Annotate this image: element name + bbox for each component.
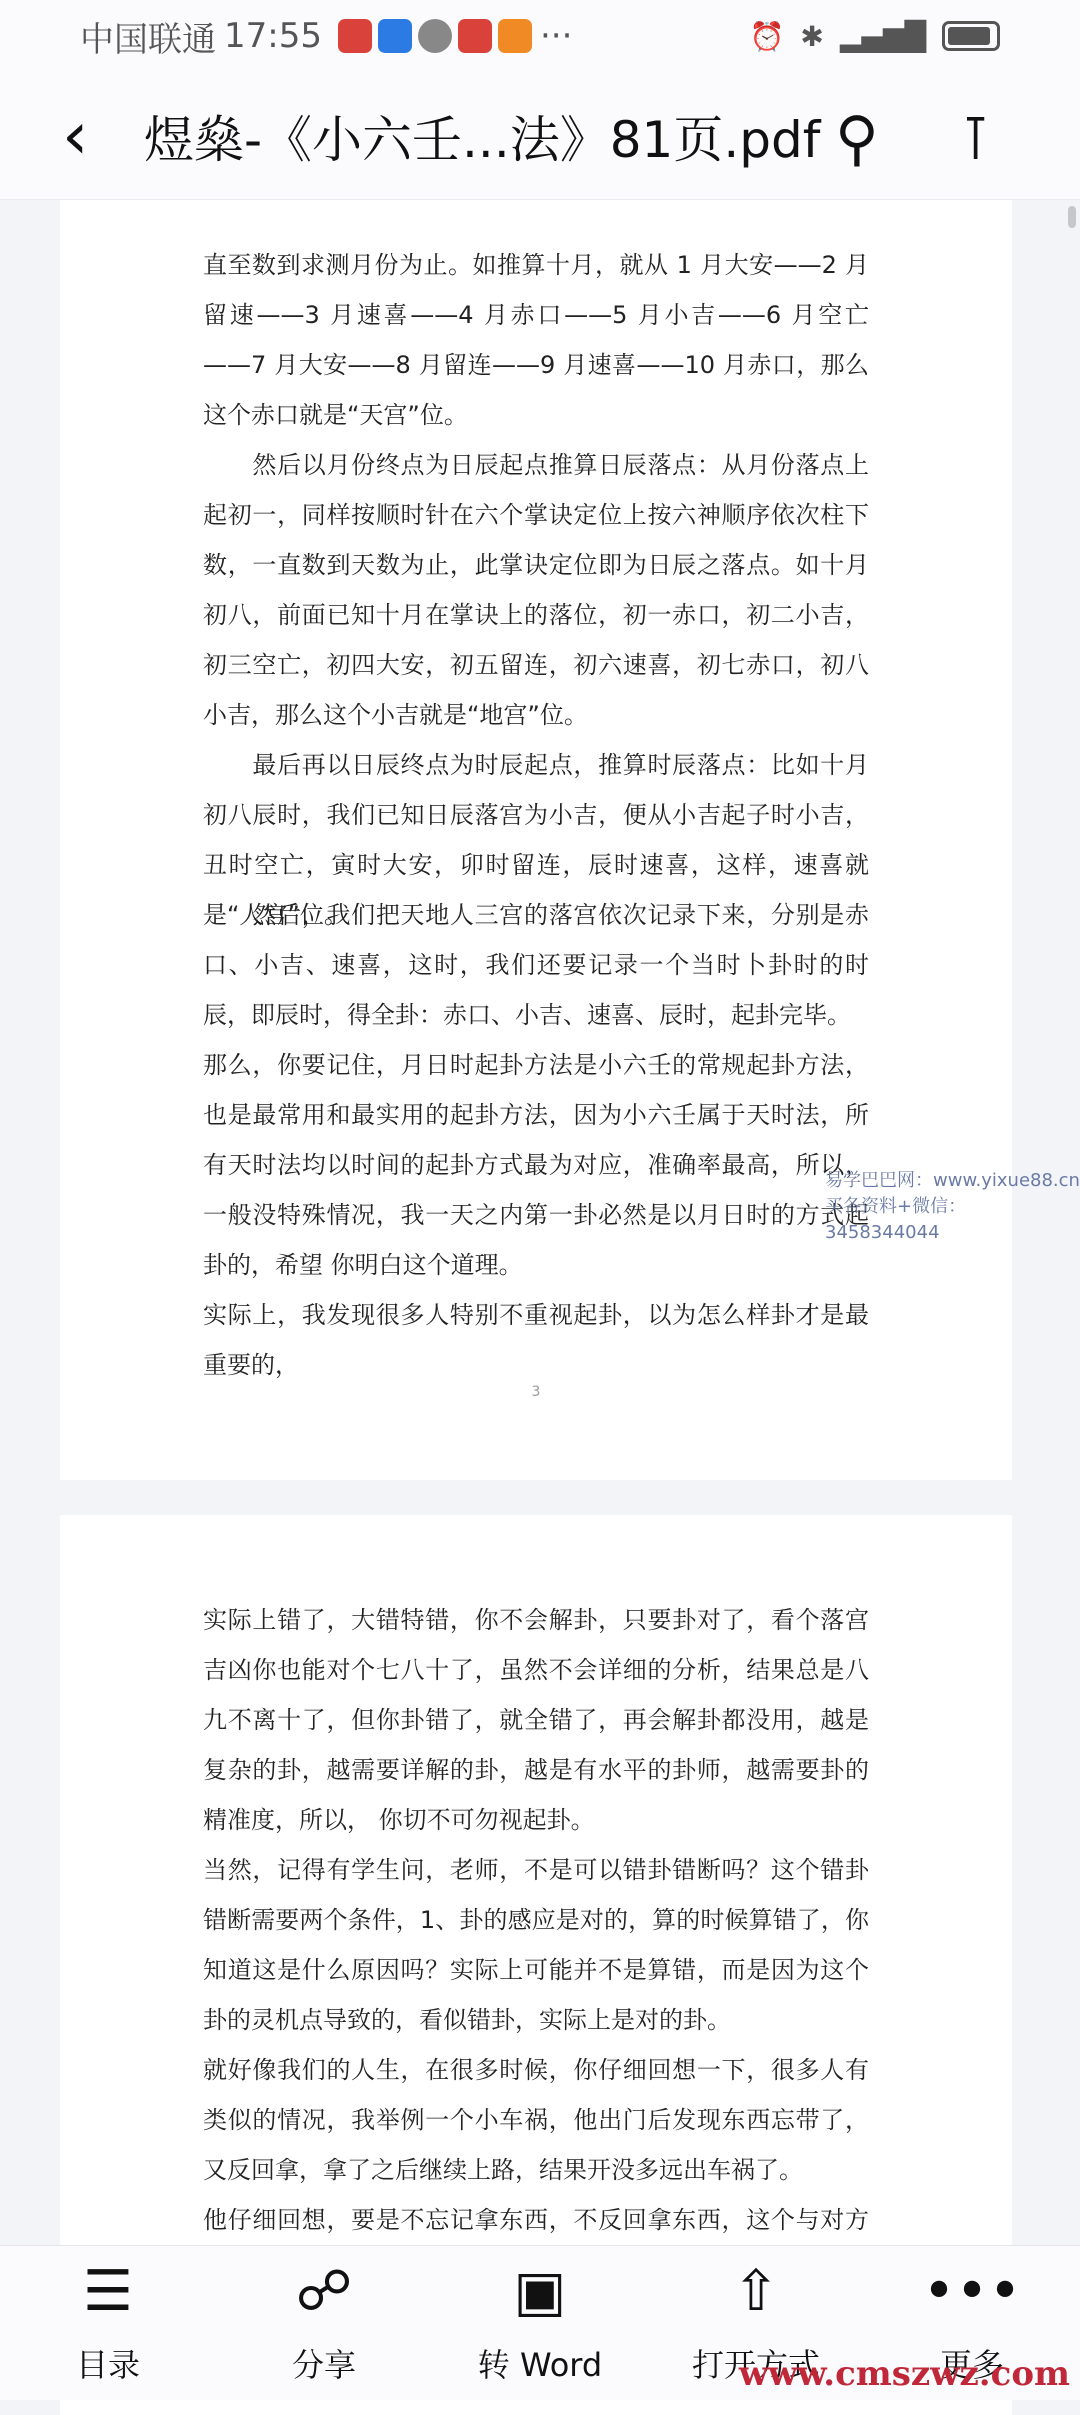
- status-bar: 中国联通 17:55 ··· ⏰ ✱ ▂▄▆█: [0, 0, 1080, 72]
- panel-icon[interactable]: ⊺: [960, 104, 991, 174]
- more-icon: •••: [922, 2260, 1021, 2324]
- app-notification-icon: [378, 19, 412, 53]
- paragraph: 那么，你要记住，月日时起卦方法是小六壬的常规起卦方法，也是最常用和最实用的起卦方…: [203, 1040, 869, 1290]
- page-number: 3: [60, 1384, 1012, 1400]
- alarm-icon: ⏰: [750, 20, 785, 53]
- taobao-icon: [498, 19, 532, 53]
- search-icon[interactable]: ⚲: [835, 104, 879, 174]
- title-bar: ‹ 煜燊-《小六壬...法》81页.pdf ⚲ ⊺: [0, 72, 1080, 200]
- pdf-page: 直至数到求测月份为止。如推算十月，就从 1 月大安——2 月留速——3 月速喜—…: [60, 200, 1012, 1480]
- site-watermark: www.cmszwz.com: [739, 2354, 1070, 2394]
- app-notification-icon: [338, 19, 372, 53]
- clock: 17:55: [224, 16, 322, 56]
- scrollbar[interactable]: [1068, 206, 1076, 228]
- toolbar-item-toc[interactable]: ☰ 目录: [0, 2246, 216, 2400]
- paragraph: 然后，我们把天地人三宫的落宫依次记录下来，分别是赤口、小吉、速喜，这时，我们还要…: [203, 890, 869, 1040]
- battery-icon: [942, 21, 1000, 51]
- bluetooth-icon: ✱: [800, 20, 823, 53]
- app-notification-icon: [458, 19, 492, 53]
- wechat-icon: [418, 19, 452, 53]
- more-notifications: ···: [540, 16, 572, 56]
- word-icon: ▣: [514, 2260, 567, 2324]
- paragraph: 实际上错了，大错特错，你不会解卦，只要卦对了，看个落宫吉凶你也能对个七八十了，虽…: [203, 1595, 869, 1845]
- signal-icon: ▂▄▆█: [840, 20, 926, 53]
- paragraph: 当然，记得有学生问，老师，不是可以错卦错断吗？这个错卦错断需要两个条件，1、卦的…: [203, 1845, 869, 2045]
- paragraph: 就好像我们的人生，在很多时候，你仔细回想一下，很多人有类似的情况，我举例一个小车…: [203, 2045, 869, 2195]
- paragraph: 直至数到求测月份为止。如推算十月，就从 1 月大安——2 月留速——3 月速喜—…: [203, 240, 869, 440]
- back-icon[interactable]: ‹: [62, 97, 122, 174]
- toolbar-item-share[interactable]: ☍ 分享: [216, 2246, 432, 2400]
- toolbar-item-to-word[interactable]: ▣ 转 Word: [432, 2246, 648, 2400]
- list-icon: ☰: [83, 2260, 133, 2324]
- open-with-icon: ⇧: [733, 2260, 780, 2324]
- share-icon: ☍: [296, 2260, 353, 2324]
- carrier: 中国联通: [80, 12, 216, 61]
- watermark: 易学巴巴网：www.yixue88.cn 买各资料+微信：3458344044: [825, 1168, 1080, 1246]
- document-title: 煜燊-《小六壬...法》81页.pdf: [144, 100, 820, 172]
- paragraph: 实际上，我发现很多人特别不重视起卦，以为怎么样卦才是最重要的，: [203, 1290, 869, 1390]
- paragraph: 然后以月份终点为日辰起点推算日辰落点：从月份落点上起初一，同样按顺时针在六个掌诀…: [203, 440, 869, 740]
